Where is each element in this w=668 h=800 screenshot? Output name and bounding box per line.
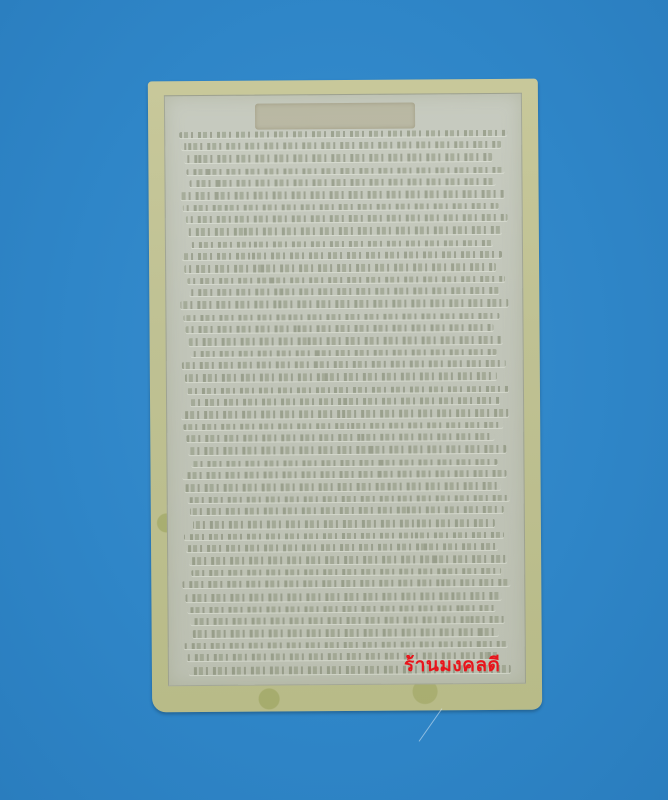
engraved-line <box>186 324 494 333</box>
engraved-line <box>188 226 502 236</box>
engraved-line <box>181 409 509 419</box>
engraved-line <box>184 641 508 649</box>
engraved-line <box>185 591 501 601</box>
engraved-line <box>187 385 509 393</box>
engraved-line <box>189 336 503 346</box>
engraved-line <box>182 251 502 260</box>
engraved-face <box>164 93 526 686</box>
engraved-line <box>186 214 508 223</box>
engraved-line <box>180 299 508 309</box>
amulet-tablet <box>148 79 542 713</box>
engraved-line <box>182 579 510 588</box>
engraved-line <box>189 178 495 187</box>
engraved-line <box>182 360 506 369</box>
engraved-title-plate <box>255 103 415 130</box>
engraved-line <box>189 555 507 565</box>
engraved-line <box>191 459 497 467</box>
engraved-line <box>193 628 499 638</box>
engraved-line <box>190 397 500 406</box>
engraved-line <box>183 470 507 479</box>
engraved-line <box>191 240 493 248</box>
engraved-text-lines <box>179 130 511 675</box>
engraved-line <box>184 263 496 273</box>
engraved-line <box>186 166 504 174</box>
engraved-line <box>184 153 492 163</box>
engraved-line <box>184 532 504 540</box>
engraved-line <box>181 190 505 200</box>
engraved-line <box>183 422 503 430</box>
engraved-line <box>191 568 501 576</box>
engraved-line <box>185 482 501 492</box>
engraved-line <box>179 130 507 138</box>
engraved-line <box>187 276 505 284</box>
engraved-line <box>185 372 497 382</box>
engraved-line <box>183 203 499 211</box>
engraved-line <box>191 349 497 357</box>
engraved-line <box>186 543 498 552</box>
photograph: ร้านมงคลดี <box>0 0 668 800</box>
engraved-line <box>188 495 510 503</box>
shop-watermark: ร้านมงคลดี <box>404 650 500 680</box>
engraved-line <box>193 518 495 528</box>
engraved-line <box>189 287 499 296</box>
engraved-line <box>186 433 494 442</box>
engraved-line <box>181 141 501 150</box>
engraved-line <box>187 605 495 613</box>
engraved-line <box>183 312 499 320</box>
engraved-line <box>188 445 506 455</box>
engraved-line <box>191 616 505 625</box>
background-scratch <box>419 708 443 741</box>
engraved-line <box>190 506 504 515</box>
